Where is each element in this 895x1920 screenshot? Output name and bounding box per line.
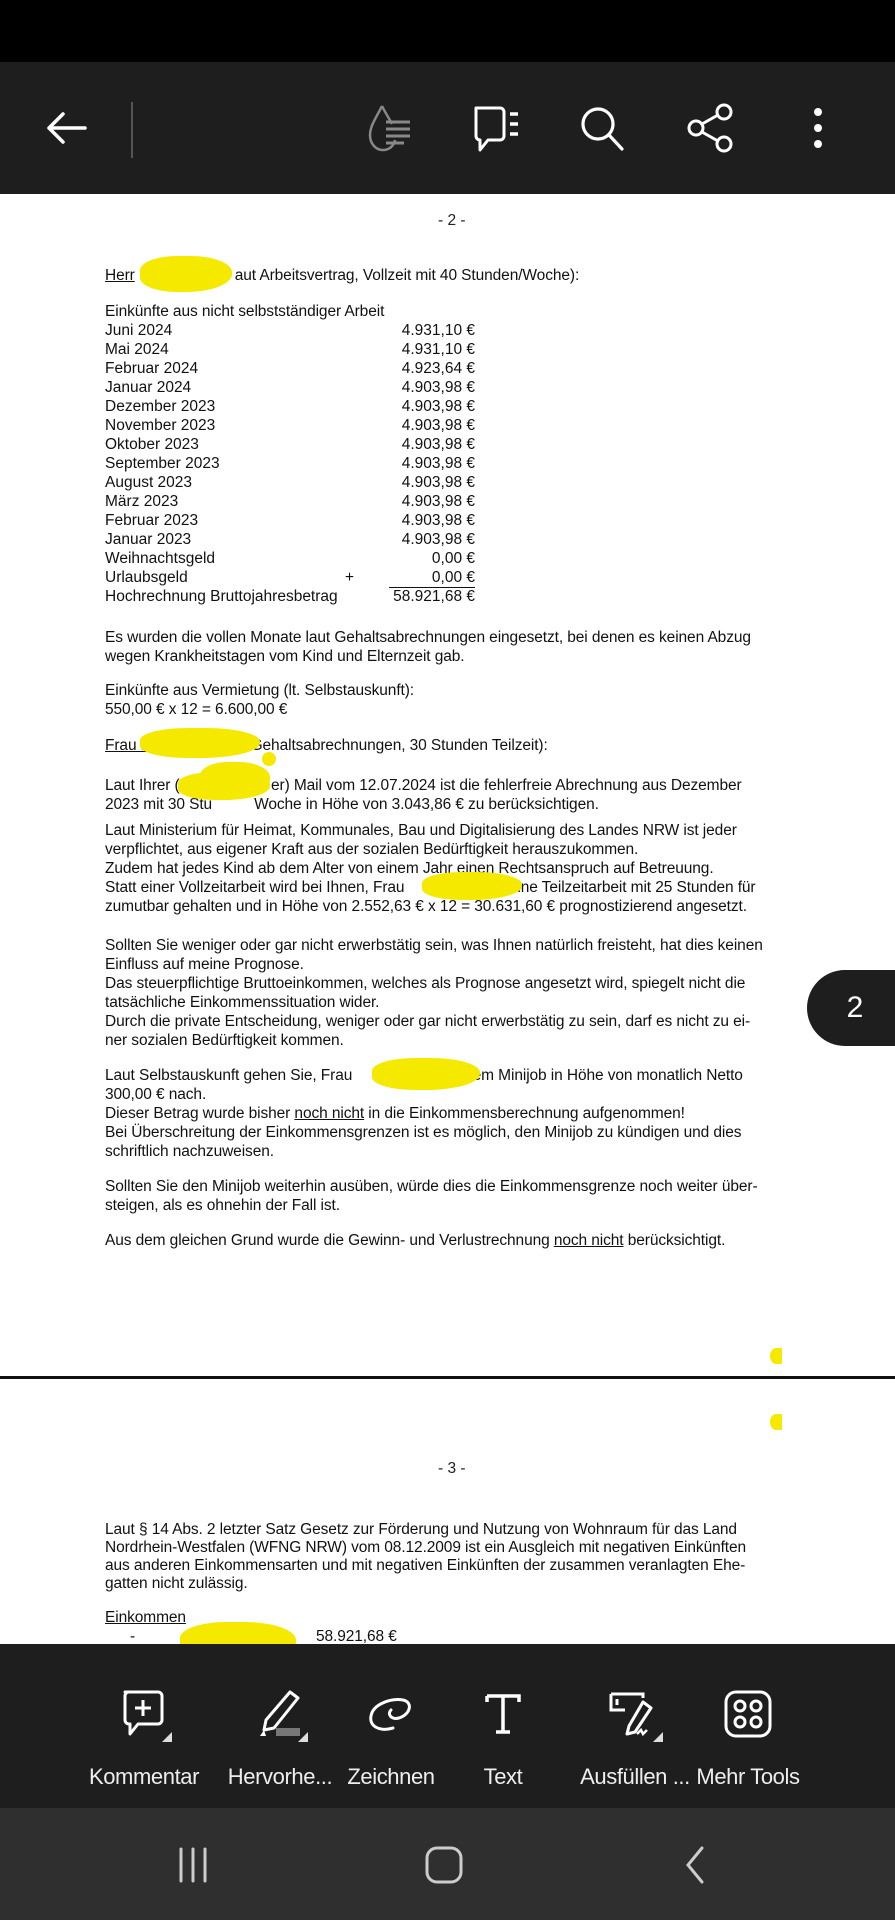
rent-title: Einkünfte aus Vermietung (lt. Selbstausk…	[105, 681, 414, 700]
income-row: Januar 20234.903,98 €	[105, 530, 475, 549]
tool-draw[interactable]: Zeichnen	[331, 1684, 451, 1794]
tool-text[interactable]: Text	[443, 1684, 563, 1794]
paragraph-line: Bei Überschreitung der Einkommensgrenzen…	[105, 1123, 741, 1142]
paragraph-line: Einfluss auf meine Prognose.	[105, 955, 304, 974]
income-row-label: Hochrechnung Bruttojahresbetrag	[105, 587, 345, 606]
income-row-value: 4.903,98 €	[345, 454, 475, 473]
redaction-mark	[422, 872, 522, 900]
income-row-label: November 2023	[105, 416, 345, 435]
text-span: Laut Ihrer (F	[105, 777, 189, 794]
paragraph-line: ner sozialen Bedürftigkeit kommen.	[105, 1031, 344, 1050]
income-dash: -	[130, 1627, 135, 1644]
paragraph-line: 300,00 € nach.	[105, 1085, 206, 1104]
share-icon	[684, 102, 736, 154]
bottom-tools-bar: Kommentar Hervorhe... Zeichnen Text Ausf…	[0, 1644, 895, 1808]
tool-label: Ausfüllen ...	[580, 1764, 690, 1790]
redaction-mark	[140, 728, 260, 758]
income-row: Dezember 20234.903,98 €	[105, 397, 475, 416]
paragraph-line: aus anderen Einkommensarten und mit nega…	[105, 1556, 745, 1575]
income-value: 58.921,68 €	[316, 1627, 397, 1644]
top-toolbar	[0, 62, 895, 194]
text-span: Dieser Betrag wurde bisher	[105, 1105, 294, 1122]
tool-fill-sign[interactable]: Ausfüllen ...	[575, 1684, 695, 1794]
income-row-label: Weihnachtsgeld	[105, 549, 345, 568]
status-bar	[0, 0, 895, 62]
income-row: November 20234.903,98 €	[105, 416, 475, 435]
paragraph-line: gatten nicht zulässig.	[105, 1574, 248, 1593]
back-arrow-icon	[43, 108, 87, 148]
income-row: März 20234.903,98 €	[105, 492, 475, 511]
text-span: er) Mail vom 12.07.2024 ist die fehlerfr…	[271, 777, 742, 794]
tool-label: Mehr Tools	[696, 1764, 799, 1790]
income-row-label: Urlaubsgeld	[105, 568, 345, 587]
redaction-mark	[262, 752, 276, 766]
income-row-value: 4.931,10 €	[345, 340, 475, 359]
income-row-label: Juni 2024	[105, 321, 345, 340]
redaction-mark	[770, 1414, 782, 1430]
redaction-mark	[140, 256, 232, 292]
income-row: Hochrechnung Bruttojahresbetrag58.921,68…	[105, 587, 475, 606]
toolbar-divider	[131, 102, 133, 158]
paragraph-line: 2023 mit 30 StuWoche in Höhe von 3.043,8…	[105, 795, 599, 814]
tool-comment[interactable]: Kommentar	[84, 1684, 204, 1794]
paragraph-line: zumutbar gehalten und in Höhe von 2.552,…	[105, 897, 747, 916]
paragraph-line: steigen, als es ohnehin der Fall ist.	[105, 1196, 340, 1215]
text-span: berücksichtigt.	[624, 1232, 726, 1249]
system-navigation-bar	[0, 1808, 895, 1920]
system-back-button[interactable]	[665, 1840, 725, 1890]
more-tools-icon	[718, 1684, 778, 1744]
income-row: Juni 20244.931,10 €	[105, 321, 475, 340]
paragraph-line: Laut § 14 Abs. 2 letzter Satz Gesetz zur…	[105, 1520, 737, 1539]
redaction-mark	[180, 1622, 296, 1644]
paragraph-line: Aus dem gleichen Grund wurde die Gewinn-…	[105, 1231, 725, 1250]
text-span: einem Minijob in Höhe von monatlich Nett…	[452, 1067, 743, 1084]
herr-label: Herr	[105, 267, 135, 284]
draw-icon	[361, 1684, 421, 1744]
comments-list-icon	[470, 102, 522, 154]
text-span: Laut Selbstauskunft gehen Sie, Frau	[105, 1067, 352, 1084]
income-row: Weihnachtsgeld0,00 €	[105, 549, 475, 568]
underlined-text: Einkommen	[105, 1609, 186, 1626]
paragraph-line: Zudem hat jedes Kind ab dem Alter von ei…	[105, 859, 714, 878]
income-row-value: 4.923,64 €	[345, 359, 475, 378]
home-button[interactable]	[414, 1840, 474, 1890]
text-icon	[473, 1684, 533, 1744]
rent-calc: 550,00 € x 12 = 6.600,00 €	[105, 700, 287, 719]
paragraph-line: Das steuerpflichtige Bruttoeinkommen, we…	[105, 974, 745, 993]
more-options-icon	[808, 104, 828, 152]
page-number-2: - 2 -	[438, 212, 466, 230]
income-row-value: 4.903,98 €	[345, 511, 475, 530]
text-span: Aus dem gleichen Grund wurde die Gewinn-…	[105, 1232, 554, 1249]
text-span: in die Einkommensberechnung aufgenommen!	[364, 1105, 685, 1122]
paragraph-line: tatsächliche Einkommenssituation wider.	[105, 993, 379, 1012]
plus-sign: +	[345, 568, 354, 587]
income-row-value: 4.903,98 €	[345, 416, 475, 435]
income-row-label: Dezember 2023	[105, 397, 345, 416]
tool-label: Hervorhe...	[228, 1764, 332, 1790]
income-row-value: 4.903,98 €	[345, 473, 475, 492]
income-row: Januar 20244.903,98 €	[105, 378, 475, 397]
search-icon	[577, 103, 627, 153]
search-button[interactable]	[570, 96, 634, 160]
income-row: Mai 20244.931,10 €	[105, 340, 475, 359]
tool-more[interactable]: Mehr Tools	[688, 1684, 808, 1794]
income-value-underlined: 0,00 €	[389, 568, 475, 588]
paragraph-line: Sollten Sie den Minijob weiterhin ausübe…	[105, 1177, 758, 1196]
page-number-3: - 3 -	[438, 1460, 466, 1478]
page-separator	[0, 1376, 895, 1379]
recent-apps-button[interactable]	[163, 1840, 223, 1890]
income-row-label: September 2023	[105, 454, 345, 473]
income-row: August 20234.903,98 €	[105, 473, 475, 492]
income-row-value: 4.903,98 €	[345, 397, 475, 416]
tool-label: Zeichnen	[347, 1764, 434, 1790]
paragraph-line: Durch die private Entscheidung, weniger …	[105, 1012, 750, 1031]
income-row-label: Januar 2024	[105, 378, 345, 397]
income-row-value: 4.903,98 €	[345, 435, 475, 454]
income-row-value: 4.931,10 €	[345, 321, 475, 340]
pdf-document-view[interactable]: - 2 - Herraut Arbeitsvertrag, Vollzeit m…	[0, 194, 895, 1644]
paragraph-line: Dieser Betrag wurde bisher noch nicht in…	[105, 1104, 685, 1123]
redaction-mark	[372, 1058, 480, 1090]
fill-sign-icon	[605, 1684, 665, 1744]
income-row-value: +0,00 €	[345, 568, 475, 587]
text-span: , eine Teilzeitarbeit mit 25 Stunden für	[500, 879, 755, 896]
paragraph-line: Nordrhein-Westfalen (WFNG NRW) vom 08.12…	[105, 1538, 746, 1557]
income-row-label: Januar 2023	[105, 530, 345, 549]
submenu-indicator	[162, 1732, 172, 1742]
tool-label: Text	[484, 1764, 523, 1790]
tool-label: Kommentar	[89, 1764, 199, 1790]
add-comment-icon	[114, 1684, 174, 1744]
income-row-label: Oktober 2023	[105, 435, 345, 454]
income-row-label: August 2023	[105, 473, 345, 492]
share-button[interactable]	[678, 96, 742, 160]
text-span: Woche in Höhe von 3.043,86 € zu berücksi…	[254, 796, 599, 813]
income-row-value: 4.903,98 €	[345, 378, 475, 397]
income-row-value: 58.921,68 €	[345, 587, 475, 606]
herr-heading-suffix: aut Arbeitsvertrag, Vollzeit mit 40 Stun…	[235, 267, 579, 284]
highlight-pen-icon	[250, 1684, 310, 1744]
paragraph-line: Es wurden die vollen Monate laut Gehalts…	[105, 628, 751, 647]
tool-highlight[interactable]: Hervorhe...	[220, 1684, 340, 1794]
income-row-label: Februar 2023	[105, 511, 345, 530]
income-table: Juni 20244.931,10 €Mai 20244.931,10 €Feb…	[105, 321, 475, 606]
income-heading: Einkommen	[105, 1608, 186, 1627]
back-button[interactable]	[33, 96, 97, 160]
redaction-mark	[770, 1348, 782, 1364]
paragraph-line: Laut Ministerium für Heimat, Kommunales,…	[105, 821, 737, 840]
submenu-indicator	[653, 1732, 663, 1742]
redaction-mark	[178, 772, 270, 800]
income-row: September 20234.903,98 €	[105, 454, 475, 473]
system-back-icon	[680, 1844, 710, 1886]
comments-button[interactable]	[464, 96, 528, 160]
paragraph-line: wegen Krankheitstagen vom Kind und Elter…	[105, 647, 464, 666]
income-row: Urlaubsgeld+0,00 €	[105, 568, 475, 587]
income-row-value: 4.903,98 €	[345, 530, 475, 549]
income-row-label: März 2023	[105, 492, 345, 511]
underlined-text: noch nicht	[294, 1105, 364, 1122]
more-options-button[interactable]	[786, 96, 850, 160]
income-row-value: 4.903,98 €	[345, 492, 475, 511]
recent-apps-icon	[173, 1845, 213, 1885]
liquid-mode-icon	[364, 102, 416, 154]
income-row-label: Februar 2024	[105, 359, 345, 378]
income-row-value: 0,00 €	[345, 549, 475, 568]
home-icon	[423, 1844, 465, 1886]
income-row: Oktober 20234.903,98 €	[105, 435, 475, 454]
income-row: Februar 20234.903,98 €	[105, 511, 475, 530]
page-indicator[interactable]: 2	[807, 970, 895, 1046]
liquid-mode-button[interactable]	[358, 96, 422, 160]
submenu-indicator	[298, 1732, 308, 1742]
income-row-label: Mai 2024	[105, 340, 345, 359]
income-title: Einkünfte aus nicht selbstständiger Arbe…	[105, 302, 384, 321]
paragraph-line: schriftlich nachzuweisen.	[105, 1142, 274, 1161]
income-row: Februar 20244.923,64 €	[105, 359, 475, 378]
underlined-text: noch nicht	[554, 1232, 624, 1249]
text-span: Statt einer Vollzeitarbeit wird bei Ihne…	[105, 879, 404, 896]
paragraph-line: Sollten Sie weniger oder gar nicht erwer…	[105, 936, 763, 955]
paragraph-line: verpflichtet, aus eigener Kraft aus der …	[105, 840, 638, 859]
